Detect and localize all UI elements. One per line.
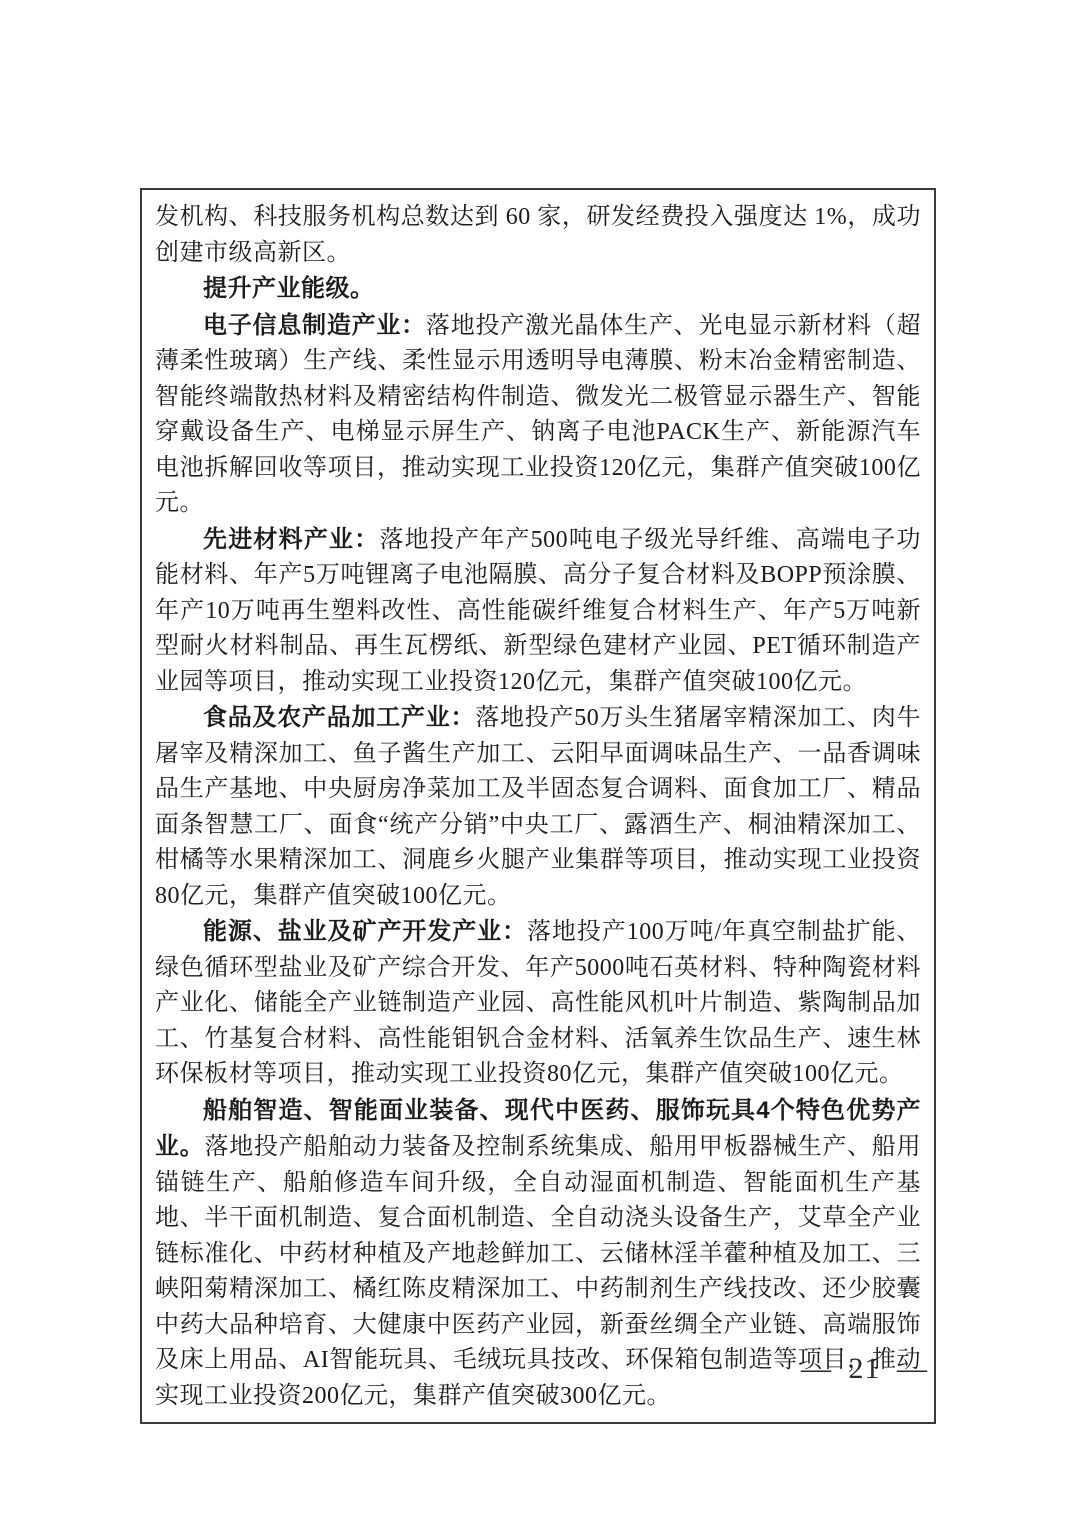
para-text: 落地投产50万头生猪屠宰精深加工、肉牛屠宰及精深加工、鱼子酱生产加工、云阳早面调… — [155, 705, 921, 909]
para-lead: 先进材料产业： — [203, 526, 379, 553]
para-advanced-materials-industry: 先进材料产业：落地投产年产500吨电子级光导纤维、高端电子功能材料、年产5万吨锂… — [155, 522, 921, 701]
para-continuation: 发机构、科技服务机构总数达到 60 家，研发经费投入强度达 1%，成功创建市级高… — [155, 199, 921, 271]
para-lead: 食品及农产品加工产业： — [203, 704, 475, 731]
page-number: — 21 — — [801, 1352, 928, 1386]
para-electronic-information-industry: 电子信息制造产业：落地投产激光晶体生产、光电显示新材料（超薄柔性玻璃）生产线、柔… — [155, 308, 921, 522]
para-food-agri-processing-industry: 食品及农产品加工产业：落地投产50万头生猪屠宰精深加工、肉牛屠宰及精深加工、鱼子… — [155, 700, 921, 914]
para-energy-salt-mining-industry: 能源、盐业及矿产开发产业：落地投产100万吨/年真空制盐扩能、绿色循环型盐业及矿… — [155, 914, 921, 1093]
para-heading-upgrade-industry-level: 提升产业能级。 — [155, 271, 921, 308]
para-lead: 提升产业能级。 — [203, 275, 375, 302]
para-lead: 能源、盐业及矿产开发产业： — [203, 918, 527, 945]
para-text: 落地投产激光晶体生产、光电显示新材料（超薄柔性玻璃）生产线、柔性显示用透明导电薄… — [155, 313, 921, 517]
para-text: 发机构、科技服务机构总数达到 60 家，研发经费投入强度达 1%，成功创建市级高… — [155, 204, 921, 266]
document-body-frame: 发机构、科技服务机构总数达到 60 家，研发经费投入强度达 1%，成功创建市级高… — [140, 188, 936, 1424]
para-lead: 电子信息制造产业： — [203, 312, 426, 339]
